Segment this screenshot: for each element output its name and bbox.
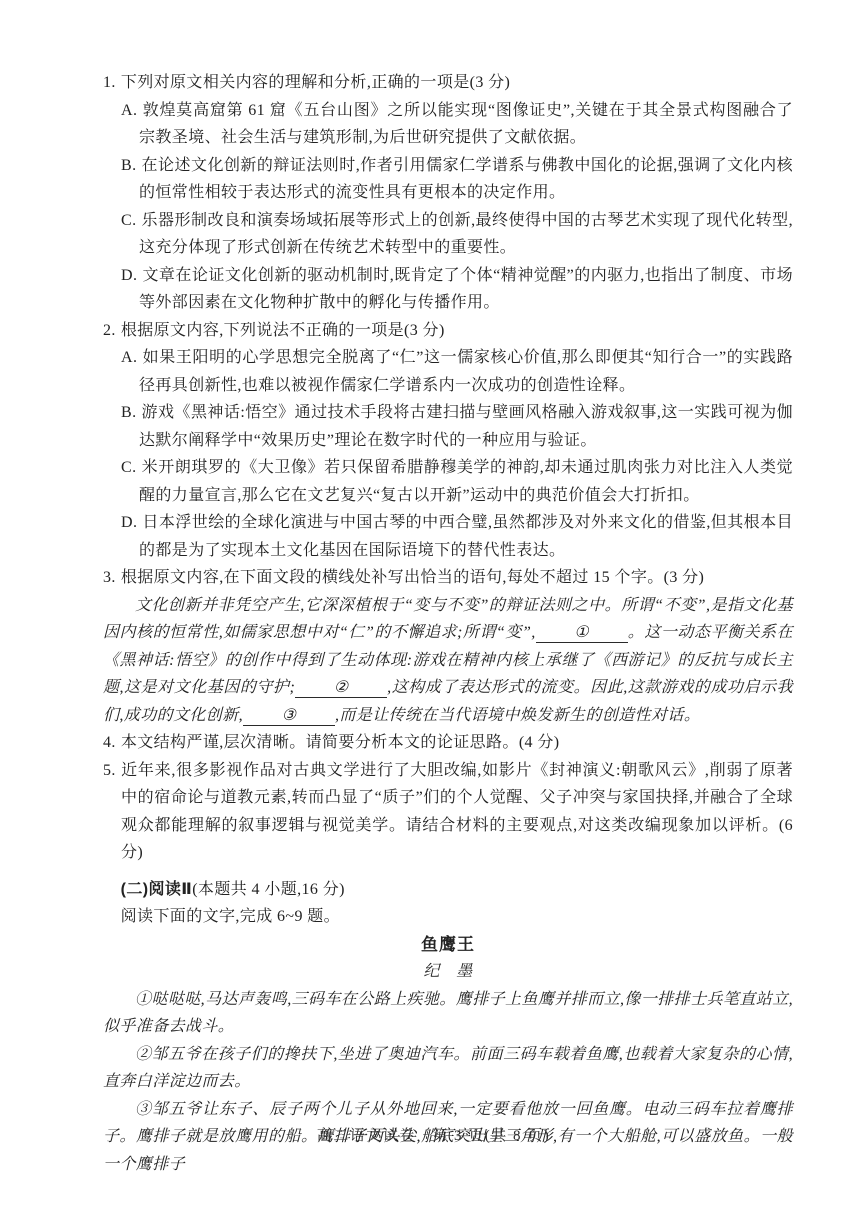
option-text: 敦煌莫高窟第 61 窟《五台山图》之所以能实现“图像证史”,关键在于其全景式构图… xyxy=(139,102,793,147)
passage-author: 纪 墨 xyxy=(103,958,793,986)
section-2-heading-bold: (二)阅读Ⅱ xyxy=(121,881,193,898)
answer-blank-1: ① xyxy=(536,624,628,643)
option-text: 如果王阳明的心学思想完全脱离了“仁”这一儒家核心价值,那么即便其“知行合一”的实… xyxy=(139,349,793,394)
option-label: D. xyxy=(121,514,137,531)
question-2-number: 2. xyxy=(103,322,116,339)
blank-number-2: ② xyxy=(334,679,349,696)
option-label: C. xyxy=(121,459,136,476)
question-2-text: 根据原文内容,下列说法不正确的一项是(3 分) xyxy=(121,322,445,339)
option-text: 米开朗琪罗的《大卫像》若只保留希腊静穆美学的神韵,却未通过肌肉张力对比注入人类觉… xyxy=(139,459,793,504)
exam-content: 1.下列对原文相关内容的理解和分析,正确的一项是(3 分) A.敦煌莫高窟第 6… xyxy=(103,69,793,1178)
question-1-text: 下列对原文相关内容的理解和分析,正确的一项是(3 分) xyxy=(121,74,510,91)
option-text: 文章在论证文化创新的驱动机制时,既肯定了个体“精神觉醒”的内驱力,也指出了制度、… xyxy=(139,267,793,312)
page-footer: 高二语文试卷 第 3 页(共 8 页) xyxy=(0,1124,867,1145)
question-3-stem: 3.根据原文内容,在下面文段的横线处补写出恰当的语句,每处不超过 15 个字。(… xyxy=(103,564,793,592)
section-2-heading: (二)阅读Ⅱ(本题共 4 小题,16 分) xyxy=(103,876,793,904)
passage-title: 鱼鹰王 xyxy=(103,931,793,959)
passage-paragraph-1: ①哒哒哒,马达声轰鸣,三码车在公路上疾驰。鹰排子上鱼鹰并排而立,像一排排士兵笔直… xyxy=(103,986,793,1041)
answer-blank-3: ③ xyxy=(243,707,335,726)
question-1-option-b: B.在论述文化创新的辩证法则时,作者引用儒家仁学谱系与佛教中国化的论据,强调了文… xyxy=(103,152,793,207)
option-text: 乐器形制改良和演奏场域拓展等形式上的创新,最终使得中国的古琴艺术实现了现代化转型… xyxy=(139,212,793,257)
question-2-option-a: A.如果王阳明的心学思想完全脱离了“仁”这一儒家核心价值,那么即便其“知行合一”… xyxy=(103,344,793,399)
blank-number-1: ① xyxy=(574,624,589,641)
question-1-stem: 1.下列对原文相关内容的理解和分析,正确的一项是(3 分) xyxy=(103,69,793,97)
option-label: B. xyxy=(121,404,136,421)
question-1-option-d: D.文章在论证文化创新的驱动机制时,既肯定了个体“精神觉醒”的内驱力,也指出了制… xyxy=(103,262,793,317)
option-label: D. xyxy=(121,267,137,284)
option-label: C. xyxy=(121,212,136,229)
question-3-number: 3. xyxy=(103,569,116,586)
question-5-stem: 5.近年来,很多影视作品对古典文学进行了大胆改编,如影片《封神演义:朝歌风云》,… xyxy=(103,757,793,867)
passage-paragraph-2: ②邹五爷在孩子们的搀扶下,坐进了奥迪汽车。前面三码车载着鱼鹰,也载着大家复杂的心… xyxy=(103,1041,793,1096)
option-text: 游戏《黑神话:悟空》通过技术手段将古建扫描与壁画风格融入游戏叙事,这一实践可视为… xyxy=(139,404,793,449)
question-4-number: 4. xyxy=(103,734,116,751)
section-2-heading-rest: (本题共 4 小题,16 分) xyxy=(192,881,345,898)
section-2-instruction: 阅读下面的文字,完成 6~9 题。 xyxy=(103,903,793,931)
question-5-number: 5. xyxy=(103,762,116,779)
question-2-option-c: C.米开朗琪罗的《大卫像》若只保留希腊静穆美学的神韵,却未通过肌肉张力对比注入人… xyxy=(103,454,793,509)
answer-blank-2: ② xyxy=(295,679,387,698)
blank-number-3: ③ xyxy=(282,707,297,724)
question-4-text: 本文结构严谨,层次清晰。请简要分析本文的论证思路。(4 分) xyxy=(121,734,560,751)
question-1-option-c: C.乐器形制改良和演奏场域拓展等形式上的创新,最终使得中国的古琴艺术实现了现代化… xyxy=(103,207,793,262)
passage-segment: ,而是让传统在当代语境中焕发新生的创造性对话。 xyxy=(335,707,700,724)
question-2-option-d: D.日本浮世绘的全球化演进与中国古琴的中西合璧,虽然都涉及对外来文化的借鉴,但其… xyxy=(103,509,793,564)
question-3-passage: 文化创新并非凭空产生,它深深植根于“变与不变”的辩证法则之中。所谓“不变”,是指… xyxy=(103,592,793,730)
option-text: 在论述文化创新的辩证法则时,作者引用儒家仁学谱系与佛教中国化的论据,强调了文化内… xyxy=(139,157,793,202)
question-1-number: 1. xyxy=(103,74,116,91)
question-1-option-a: A.敦煌莫高窟第 61 窟《五台山图》之所以能实现“图像证史”,关键在于其全景式… xyxy=(103,97,793,152)
option-label: A. xyxy=(121,102,137,119)
exam-paper-page: 1.下列对原文相关内容的理解和分析,正确的一项是(3 分) A.敦煌莫高窟第 6… xyxy=(0,0,867,1227)
question-3-text: 根据原文内容,在下面文段的横线处补写出恰当的语句,每处不超过 15 个字。(3 … xyxy=(121,569,704,586)
question-2-stem: 2.根据原文内容,下列说法不正确的一项是(3 分) xyxy=(103,317,793,345)
option-label: B. xyxy=(121,157,136,174)
question-4-stem: 4.本文结构严谨,层次清晰。请简要分析本文的论证思路。(4 分) xyxy=(103,729,793,757)
question-2-option-b: B.游戏《黑神话:悟空》通过技术手段将古建扫描与壁画风格融入游戏叙事,这一实践可… xyxy=(103,399,793,454)
option-text: 日本浮世绘的全球化演进与中国古琴的中西合璧,虽然都涉及对外来文化的借鉴,但其根本… xyxy=(139,514,793,559)
question-5-text: 近年来,很多影视作品对古典文学进行了大胆改编,如影片《封神演义:朝歌风云》,削弱… xyxy=(121,762,793,862)
option-label: A. xyxy=(121,349,137,366)
